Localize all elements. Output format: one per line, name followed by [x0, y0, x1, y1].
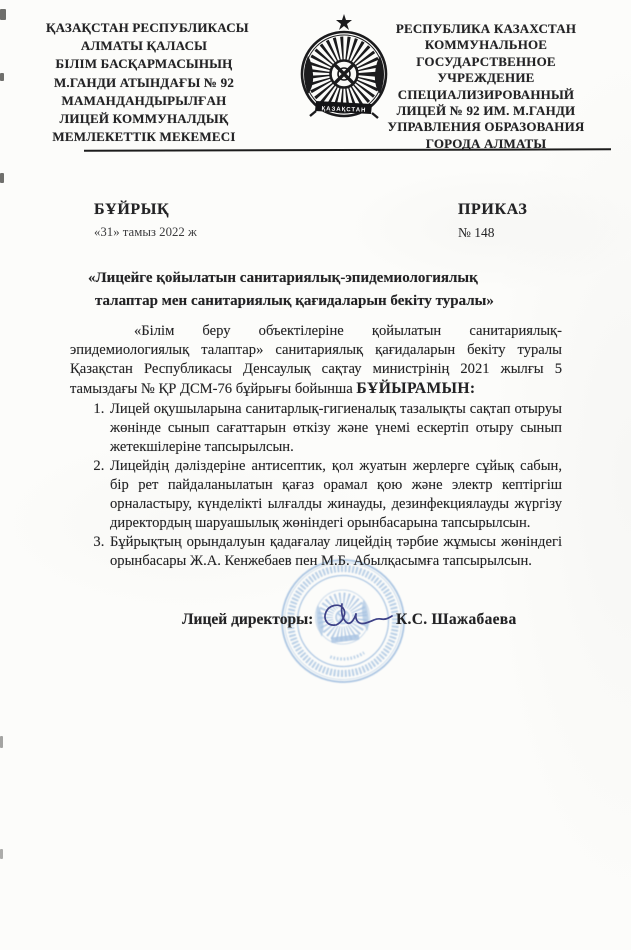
org-left-line: МАМАНДАНДЫРЫЛҒАН: [46, 92, 242, 110]
order-title-kazakh: БҰЙРЫҚ: [94, 201, 197, 219]
org-left-line: ЛИЦЕЙ КОММУНАЛДЫҚ: [46, 110, 242, 128]
org-left-line: ҚАЗАҚСТАН РЕСПУБЛИКАСЫ: [46, 19, 242, 37]
signature-label: Лицей директоры:: [182, 611, 313, 629]
org-left-line: М.ГАНДИ АТЫНДАҒЫ № 92: [46, 74, 242, 92]
intro-paragraph: «Білім беру объектілеріне қойылатын сани…: [70, 322, 562, 399]
scanned-order-document: ҚАЗАҚСТАН РЕСПУБЛИКАСЫ АЛМАТЫ ҚАЛАСЫ БІЛ…: [0, 0, 631, 950]
org-right-line: ЛИЦЕЙ № 92 ИМ. М.ГАНДИ: [380, 103, 592, 119]
org-left-line: БІЛІМ БАСҚАРМАСЫНЫҢ: [46, 55, 242, 73]
org-right-line: КОММУНАЛЬНОЕ: [380, 37, 592, 53]
scan-artifact: [0, 9, 6, 20]
scan-artifact: [0, 736, 3, 748]
org-left-line: АЛМАТЫ ҚАЛАСЫ: [46, 37, 242, 55]
org-left-line: МЕМЛЕКЕТТІК МЕКЕМЕСІ: [46, 128, 242, 146]
decree-word: БҰЙЫРАМЫН:: [356, 380, 475, 397]
order-items: Лицей оқушыларына санитарлық-гигиеналық …: [70, 400, 562, 571]
kazakhstan-coat-of-arms-icon: ҚАЗАҚСТАН: [296, 12, 392, 124]
scan-artifact: [0, 849, 3, 859]
org-right-line: СПЕЦИАЛИЗИРОВАННЫЙ: [380, 87, 592, 103]
intro-text: «Білім беру объектілеріне қойылатын сани…: [70, 323, 562, 397]
order-item-3: Бұйрықтың орындалуын қадағалау лицейдің …: [108, 533, 562, 571]
org-right-line: РЕСПУБЛИКА КАЗАХСТАН: [380, 21, 592, 37]
scan-artifact: [0, 73, 4, 81]
order-subject: «Лицейге қойылатын санитариялық-эпидемио…: [88, 267, 558, 312]
order-item-1: Лицей оқушыларына санитарлық-гигиеналық …: [108, 400, 562, 457]
org-right-line: ГОСУДАРСТВЕННОЕ: [380, 54, 592, 70]
subject-line: «Лицейге қойылатын санитариялық-эпидемио…: [88, 267, 558, 290]
order-body: «Білім беру объектілеріне қойылатын сани…: [70, 322, 562, 571]
director-signature: [318, 598, 396, 638]
org-right-line: УЧРЕЖДЕНИЕ: [380, 70, 592, 86]
order-title-russian: ПРИКАЗ: [458, 201, 527, 219]
scan-artifact: [0, 173, 4, 183]
order-number: № 148: [458, 225, 527, 241]
org-right-line: УПРАВЛЕНИЯ ОБРАЗОВАНИЯ: [380, 119, 592, 135]
director-name: К.С. Шажабаева: [396, 611, 517, 629]
org-name-kazakh: ҚАЗАҚСТАН РЕСПУБЛИКАСЫ АЛМАТЫ ҚАЛАСЫ БІЛ…: [46, 19, 242, 146]
subject-line: талаптар мен санитариялық қағидаларын бе…: [88, 290, 558, 313]
order-item-2: Лицейдің дәліздеріне антисептик, қол жуа…: [108, 457, 562, 533]
order-date: «31» тамыз 2022 ж: [94, 225, 197, 240]
order-block-russian: ПРИКАЗ № 148: [458, 201, 527, 241]
order-block-kazakh: БҰЙРЫҚ «31» тамыз 2022 ж: [94, 201, 197, 240]
org-name-russian: РЕСПУБЛИКА КАЗАХСТАН КОММУНАЛЬНОЕ ГОСУДА…: [380, 21, 592, 152]
